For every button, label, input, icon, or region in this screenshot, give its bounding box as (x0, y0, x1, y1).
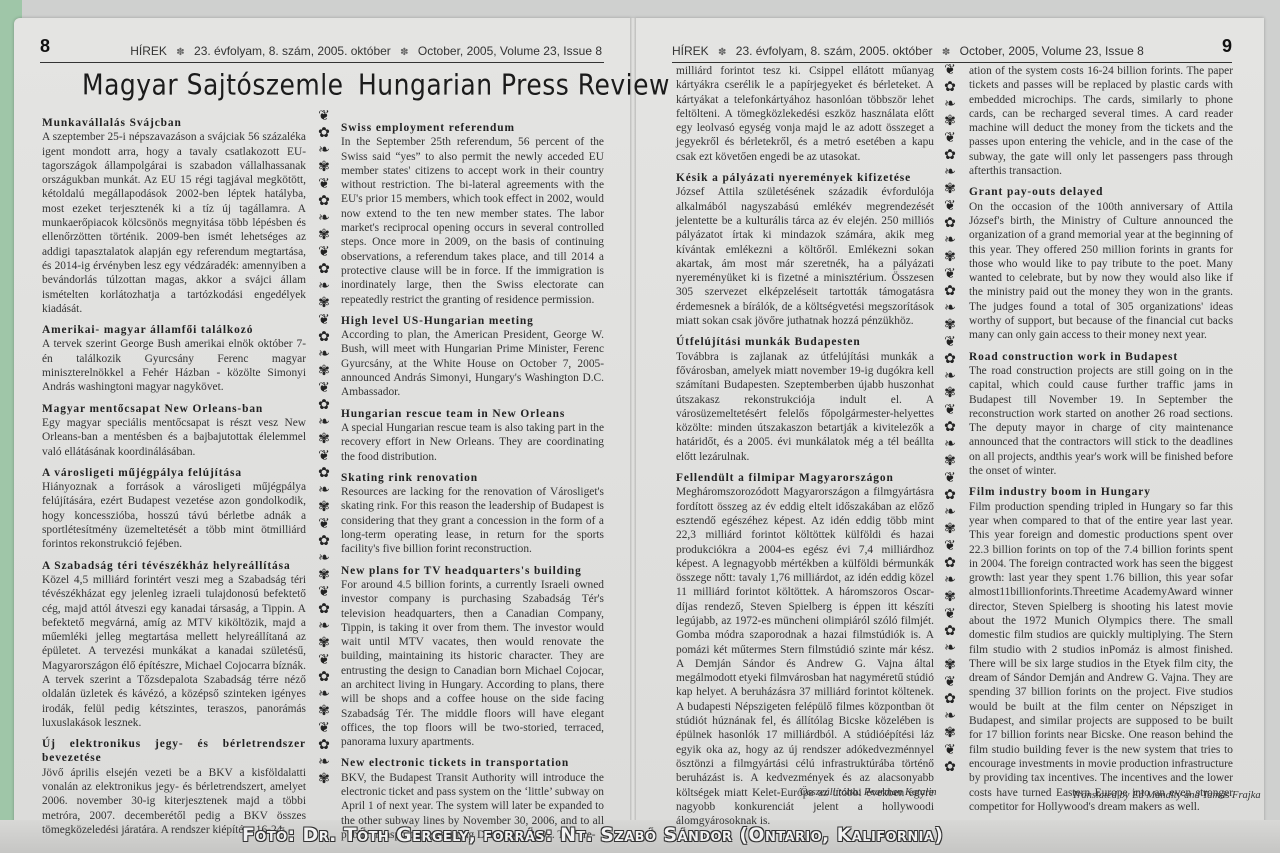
floral-ornament-icon: ✾ (318, 499, 330, 516)
english-column-right: ation of the system costs 16-24 billion … (969, 64, 1233, 821)
article-continuation: milliárd forintot tesz ki. Csippel ellát… (676, 64, 934, 164)
floral-ornament-icon: ✿ (318, 397, 330, 414)
article-body: The road construction projects are still… (969, 364, 1233, 478)
article: Road construction work in BudapestThe ro… (969, 350, 1233, 479)
floral-ornament-icon: ✿ (944, 555, 956, 572)
floral-ornament-icon: ❧ (944, 300, 956, 317)
article: Amerikai- magyar államfői találkozóA ter… (42, 323, 306, 394)
floral-ornament-icon: ❧ (944, 640, 956, 657)
article-heading: New plans for TV headquarters's building (341, 564, 604, 578)
article: Swiss employment referendumIn the Septem… (341, 121, 604, 307)
floral-ornament-icon: ✾ (944, 249, 956, 266)
english-section-title: Hungarian Press Review (358, 68, 670, 101)
floral-ornament-icon: ✿ (318, 125, 330, 142)
translator-credit: Translated by Ed Mandity and Tamás Frajk… (1072, 790, 1261, 801)
article-heading: New electronic tickets in transportation (341, 756, 604, 770)
floral-ornament-icon: ✾ (944, 453, 956, 470)
floral-ornament-icon: ❧ (318, 278, 330, 295)
article-heading: Amerikai- magyar államfői találkozó (42, 323, 306, 337)
star-separator-icon: ✽ (176, 47, 184, 58)
page-gutter (630, 18, 636, 833)
article-body: Közel 4,5 milliárd forintért veszi meg a… (42, 573, 306, 730)
floral-ornament-icon: ❦ (318, 312, 330, 329)
floral-ornament-icon: ✿ (944, 215, 956, 232)
floral-ornament-icon: ✾ (318, 635, 330, 652)
floral-ornament-icon: ✿ (944, 419, 956, 436)
floral-ornament-icon: ❦ (944, 402, 956, 419)
article-heading: Új elektronikus jegy- és bérletrendszer … (42, 737, 306, 766)
floral-ornament-icon: ✾ (318, 431, 330, 448)
article-heading: A Szabadság téri tévészékház helyreállít… (42, 559, 306, 573)
floral-ornament-icon: ❧ (944, 368, 956, 385)
article: High level US-Hungarian meetingAccording… (341, 314, 604, 400)
floral-ornament-icon: ✿ (944, 487, 956, 504)
article: Film industry boom in HungaryFilm produc… (969, 485, 1233, 814)
floral-ornament-icon: ❦ (318, 108, 330, 125)
publication-name: HÍREK (672, 44, 709, 58)
floral-ornament-icon: ✾ (318, 567, 330, 584)
floral-ornament-icon: ❦ (318, 176, 330, 193)
article-body: Egy magyar speciális mentőcsapat is rész… (42, 416, 306, 459)
article-heading: Fellendült a filmipar Magyarországon (676, 471, 934, 485)
floral-ornament-icon: ❧ (944, 436, 956, 453)
floral-ornament-icon: ❦ (318, 652, 330, 669)
article-continuation: ation of the system costs 16-24 billion … (969, 64, 1233, 178)
floral-ornament-icon: ❦ (318, 244, 330, 261)
page-number-left: 8 (40, 36, 50, 57)
floral-ornament-icon: ✾ (944, 113, 956, 130)
floral-ornament-icon: ❧ (944, 708, 956, 725)
english-issue: October, 2005, Volume 23, Issue 8 (960, 44, 1144, 58)
article: New plans for TV headquarters's building… (341, 564, 604, 750)
article-heading: Késik a pályázati nyeremények kifizetése (676, 171, 934, 185)
floral-ornament-icon: ✿ (318, 193, 330, 210)
article: Új elektronikus jegy- és bérletrendszer … (42, 737, 306, 837)
article-heading: Grant pay-outs delayed (969, 185, 1233, 199)
floral-ornament-icon: ❦ (944, 606, 956, 623)
floral-ornament-icon: ✾ (318, 159, 330, 176)
floral-ornament-icon: ✾ (944, 725, 956, 742)
article-body: A tervek szerint George Bush amerikai el… (42, 337, 306, 394)
floral-ornament-icon: ✿ (944, 147, 956, 164)
floral-ornament-icon: ❧ (944, 232, 956, 249)
article: A városligeti műjégpálya felújításaHiány… (42, 466, 306, 552)
star-separator-icon: ✽ (942, 47, 950, 58)
article: Magyar mentőcsapat New Orleans-banEgy ma… (42, 402, 306, 459)
floral-ornament-icon: ❦ (318, 380, 330, 397)
floral-ornament-icon: ✿ (318, 261, 330, 278)
floral-ornament-icon: ✾ (944, 657, 956, 674)
article: Késik a pályázati nyeremények kifizetése… (676, 171, 934, 328)
article-body: milliárd forintot tesz ki. Csippel ellát… (676, 64, 934, 164)
english-column-left: Swiss employment referendumIn the Septem… (341, 121, 604, 849)
floral-ornament-icon: ❦ (944, 198, 956, 215)
floral-ornament-icon: ✾ (318, 295, 330, 312)
floral-ornament-icon: ❦ (318, 720, 330, 737)
floral-ornament-icon: ❦ (944, 130, 956, 147)
floral-ornament-icon: ❦ (944, 266, 956, 283)
article-heading: Skating rink renovation (341, 471, 604, 485)
article: Grant pay-outs delayedOn the occasion of… (969, 185, 1233, 342)
page-number-right: 9 (1222, 36, 1232, 57)
floral-ornament-icon: ✾ (944, 181, 956, 198)
floral-ornament-icon: ❦ (944, 674, 956, 691)
floral-ornament-icon: ✿ (318, 533, 330, 550)
article-body: ation of the system costs 16-24 billion … (969, 64, 1233, 178)
article-body: Megháromszorozódott Magyarországon a fil… (676, 485, 934, 828)
hungarian-column-right: milliárd forintot tesz ki. Csippel ellát… (676, 64, 934, 835)
star-separator-icon: ✽ (400, 47, 408, 58)
article-body: According to plan, the American Presiden… (341, 328, 604, 399)
article-body: A szeptember 25-i népszavazáson a svájci… (42, 130, 306, 316)
floral-ornament-icon: ❦ (944, 470, 956, 487)
photo-credit-caption: Fotó: Dr. Tóth Gergely, forrás: Nt. Szab… (242, 824, 1252, 846)
running-header-left: HÍREK ✽ 23. évfolyam, 8. szám, 2005. okt… (130, 44, 602, 58)
hungarian-section-title: Magyar Sajtószemle (82, 68, 344, 101)
article-body: József Attila születésének századik évfo… (676, 185, 934, 328)
article: A Szabadság téri tévészékház helyreállít… (42, 559, 306, 731)
floral-ornament-icon: ❧ (944, 572, 956, 589)
floral-ornament-icon: ✿ (318, 669, 330, 686)
article: Skating rink renovationResources are lac… (341, 471, 604, 557)
floral-ornament-icon: ✾ (944, 317, 956, 334)
floral-ornament-icon: ✾ (944, 385, 956, 402)
floral-ornament-icon: ✿ (944, 691, 956, 708)
floral-ornament-icon: ✾ (318, 703, 330, 720)
floral-ornament-icon: ✿ (318, 737, 330, 754)
compiled-by-credit: Összeállította: Pearman Katalin (800, 787, 937, 798)
article: Munkavállalás SvájcbanA szeptember 25-i … (42, 116, 306, 316)
star-separator-icon: ✽ (718, 47, 726, 58)
floral-ornament-icon: ✾ (944, 589, 956, 606)
floral-ornament-icon: ❦ (318, 584, 330, 601)
article-heading: Munkavállalás Svájcban (42, 116, 306, 130)
article-body: For around 4.5 billion forints, a curren… (341, 578, 604, 750)
article-heading: A városligeti műjégpálya felújítása (42, 466, 306, 480)
floral-ornament-icon: ❧ (318, 482, 330, 499)
article-heading: Film industry boom in Hungary (969, 485, 1233, 499)
floral-ornament-icon: ❧ (944, 504, 956, 521)
english-issue: October, 2005, Volume 23, Issue 8 (418, 44, 602, 58)
publication-name: HÍREK (130, 44, 167, 58)
floral-ornament-icon: ❧ (944, 164, 956, 181)
floral-ornament-icon: ❦ (318, 516, 330, 533)
floral-ornament-icon: ❦ (944, 538, 956, 555)
floral-ornament-icon: ✿ (318, 329, 330, 346)
floral-ornament-icon: ❧ (318, 686, 330, 703)
article-heading: Swiss employment referendum (341, 121, 604, 135)
floral-divider-right: ❦✿❧✾ ❦✿❧✾ ❦✿❧✾ ❦✿❧✾ ❦✿❧✾ ❦✿❧✾ ❦✿❧✾ ❦✿❧✾ … (941, 62, 959, 777)
right-page-header: HÍREK ✽ 23. évfolyam, 8. szám, 2005. okt… (672, 42, 1232, 63)
article-heading: Hungarian rescue team in New Orleans (341, 407, 604, 421)
article-body: Film production spending tripled in Hung… (969, 500, 1233, 815)
floral-ornament-icon: ✿ (944, 283, 956, 300)
floral-ornament-icon: ❧ (318, 754, 330, 771)
floral-ornament-icon: ✾ (318, 771, 330, 788)
floral-ornament-icon: ❧ (944, 96, 956, 113)
floral-ornament-icon: ✿ (944, 623, 956, 640)
article-body: On the occasion of the 100th anniversary… (969, 200, 1233, 343)
floral-ornament-icon: ❦ (944, 334, 956, 351)
article-body: Hiányoznak a források a városligeti műjé… (42, 480, 306, 551)
hungarian-issue: 23. évfolyam, 8. szám, 2005. október (736, 44, 933, 58)
article-body: A special Hungarian rescue team is also … (341, 421, 604, 464)
floral-ornament-icon: ✿ (944, 79, 956, 96)
floral-ornament-icon: ❦ (944, 62, 956, 79)
floral-ornament-icon: ❧ (318, 346, 330, 363)
floral-ornament-icon: ❧ (318, 618, 330, 635)
floral-ornament-icon: ❧ (318, 142, 330, 159)
article-body: Resources are lacking for the renovation… (341, 485, 604, 556)
hungarian-issue: 23. évfolyam, 8. szám, 2005. október (194, 44, 391, 58)
article: Hungarian rescue team in New OrleansA sp… (341, 407, 604, 464)
floral-ornament-icon: ✾ (318, 363, 330, 380)
article-heading: High level US-Hungarian meeting (341, 314, 604, 328)
floral-ornament-icon: ✿ (318, 601, 330, 618)
floral-ornament-icon: ✾ (944, 521, 956, 538)
article: Útfelújítási munkák BudapestenTovábbra i… (676, 335, 934, 464)
running-header-right: HÍREK ✽ 23. évfolyam, 8. szám, 2005. okt… (672, 44, 1144, 58)
hungarian-column-left: Munkavállalás SvájcbanA szeptember 25-i … (42, 116, 306, 844)
floral-ornament-icon: ✿ (944, 351, 956, 368)
article-heading: Magyar mentőcsapat New Orleans-ban (42, 402, 306, 416)
floral-ornament-icon: ❦ (318, 448, 330, 465)
floral-ornament-icon: ✿ (318, 465, 330, 482)
article-heading: Road construction work in Budapest (969, 350, 1233, 364)
left-page-header: 8 HÍREK ✽ 23. évfolyam, 8. szám, 2005. o… (40, 42, 604, 63)
floral-ornament-icon: ❧ (318, 550, 330, 567)
floral-ornament-icon: ✿ (944, 759, 956, 776)
article-heading: Útfelújítási munkák Budapesten (676, 335, 934, 349)
floral-divider-left: ❦✿❧✾ ❦✿❧✾ ❦✿❧✾ ❦✿❧✾ ❦✿❧✾ ❦✿❧✾ ❦✿❧✾ ❦✿❧✾ … (315, 108, 333, 798)
floral-ornament-icon: ❧ (318, 414, 330, 431)
floral-ornament-icon: ❧ (318, 210, 330, 227)
article-body: In the September 25th referendum, 56 per… (341, 135, 604, 307)
article: Fellendült a filmipar MagyarországonMegh… (676, 471, 934, 828)
floral-ornament-icon: ❦ (944, 742, 956, 759)
article-body: Továbbra is zajlanak az útfelújítási mun… (676, 350, 934, 464)
floral-ornament-icon: ✾ (318, 227, 330, 244)
